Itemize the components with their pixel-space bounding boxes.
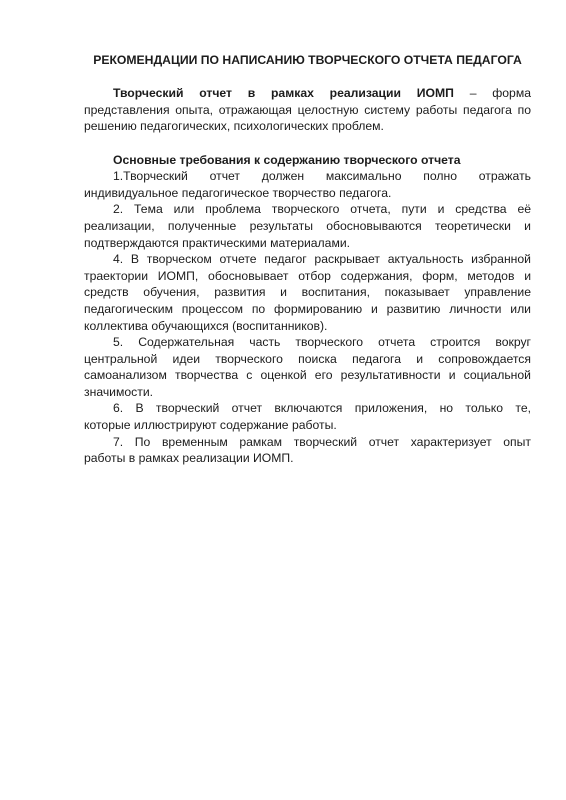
text-line: 7. По временным рамкам творческий отчет … [84, 434, 531, 451]
list-item-1: 1.Творческий отчет должен максимально по… [84, 168, 531, 201]
list-item-5: 5. Содержательная часть творческого отче… [84, 334, 531, 400]
text-line: подтверждаются практическими материалами… [84, 235, 531, 252]
text-line: реализации, полученные результаты обосно… [84, 218, 531, 235]
text-line: коллектива обучающихся (воспитанников). [84, 318, 531, 335]
section-heading: Основные требования к содержанию творчес… [84, 152, 531, 169]
text-line: работы в рамках реализации ИОМП. [84, 450, 531, 467]
document-body: РЕКОМЕНДАЦИИ ПО НАПИСАНИЮ ТВОРЧЕСКОГО ОТ… [84, 52, 531, 467]
intro-bold-lead: Творческий отчет в рамках реализации ИОМ… [113, 86, 454, 100]
text-line: Творческий отчет в рамках реализации ИОМ… [84, 85, 531, 102]
intro-paragraph: Творческий отчет в рамках реализации ИОМ… [84, 85, 531, 135]
text-line: индивидуальное педагогическое творчество… [84, 185, 531, 202]
text-line: 6. В творческий отчет включаются приложе… [84, 400, 531, 417]
section-heading-block: Основные требования к содержанию творчес… [84, 152, 531, 169]
list-item-6: 6. В творческий отчет включаются приложе… [84, 400, 531, 433]
document-title: РЕКОМЕНДАЦИИ ПО НАПИСАНИЮ ТВОРЧЕСКОГО ОТ… [84, 52, 531, 69]
document-page: { "page": { "background_color": "#ffffff… [0, 0, 566, 800]
text-line: 1.Творческий отчет должен максимально по… [84, 168, 531, 185]
text-line: которые иллюстрируют содержание работы. [84, 417, 531, 434]
text-line: педагогическим процессом по формированию… [84, 301, 531, 318]
list-item-4: 4. В творческом отчете педагог раскрывае… [84, 251, 531, 334]
text-line: 4. В творческом отчете педагог раскрывае… [84, 251, 531, 268]
text-line: траектории ИОМП, обосновывает отбор соде… [84, 268, 531, 285]
list-item-2: 2. Тема или проблема творческого отчета,… [84, 201, 531, 251]
text-line: 2. Тема или проблема творческого отчета,… [84, 201, 531, 218]
text-line: 5. Содержательная часть творческого отче… [84, 334, 531, 351]
text-line: значимости. [84, 384, 531, 401]
text-line: средств обучения, развития и воспитания,… [84, 284, 531, 301]
text-line: представления опыта, отражающая целостну… [84, 102, 531, 119]
intro-rest-of-line: – форма [454, 86, 531, 100]
text-line: самоанализом творчества с оценкой его ре… [84, 367, 531, 384]
text-line: решению педагогических, психологических … [84, 118, 531, 135]
text-line: центральной идеи творческого поиска педа… [84, 351, 531, 368]
list-item-7: 7. По временным рамкам творческий отчет … [84, 434, 531, 467]
